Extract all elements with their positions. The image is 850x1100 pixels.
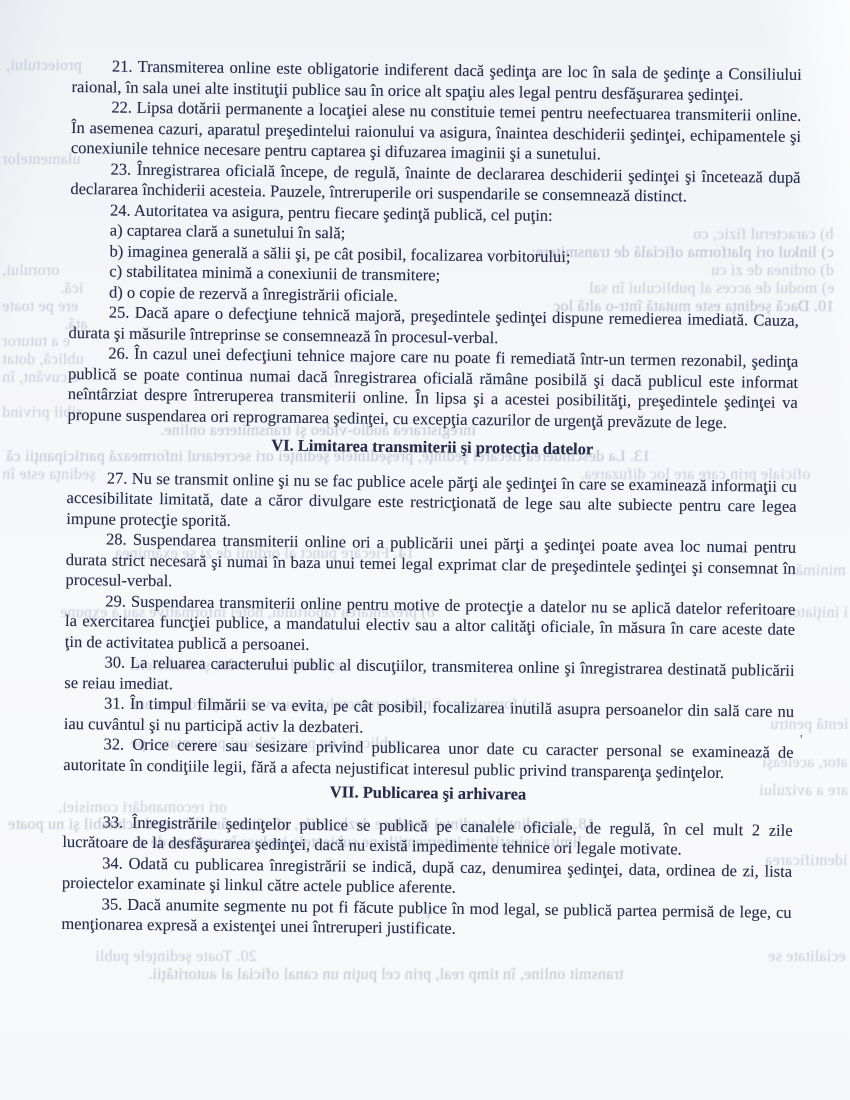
document-body: 21. Transmiterea online este obligatorie…: [61, 56, 802, 943]
paragraph-32: 32. Orice cerere sau sesizare privind pu…: [63, 734, 793, 784]
bleed-fragment: minimă:: [791, 562, 846, 580]
bleed-fragment: ororului,: [2, 262, 59, 280]
bleed-fragment: ere pe toate: [2, 298, 78, 316]
paragraph-28: 28. Suspendarea transmiterii online ori …: [65, 529, 796, 599]
section-heading-vii: VII. Publicarea şi arhivarea: [63, 779, 793, 808]
bleed-fragment: proiectului,: [6, 57, 82, 75]
bleed-fragment: ecialitate se: [768, 948, 846, 966]
paragraph-26: 26. În cazul unei defecţiuni tehnice maj…: [67, 343, 798, 434]
bleed-fragment: ulamentelor: [2, 151, 81, 169]
bleed-fragment: 20. Toate şedinţele publi: [95, 948, 257, 966]
scanned-document-page: proiectului,ulamentelorb) caracterul fiz…: [0, 0, 850, 1100]
paragraph-35: 35. Dacă anumite segmente nu pot fi făcu…: [61, 893, 791, 943]
bleed-fragment: e a tuturor: [2, 333, 70, 351]
paragraph-27: 27. Nu se transmit online şi nu se fac p…: [66, 467, 797, 537]
paragraph-22: 22. Lipsa dotării permanente a locaţiei …: [71, 97, 802, 167]
paragraph-29: 29. Suspendarea transmiterii online pent…: [65, 590, 796, 660]
section-heading-vi: VI. Limitarea transmiterii şi protecţia …: [67, 433, 797, 462]
bleed-fragment: transmit online, în timp real, prin cel …: [148, 966, 623, 984]
ink-artifact: ': [800, 733, 803, 749]
